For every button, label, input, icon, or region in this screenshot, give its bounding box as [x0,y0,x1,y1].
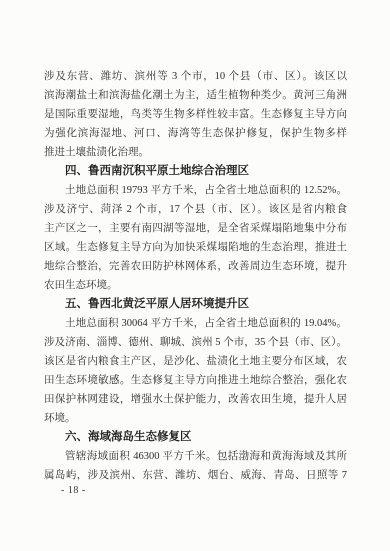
text-line: 地综合整治，完善农田防护林网体系，改善周边生态环境，提升 [44,257,347,276]
text-line: 环境。 [44,409,347,428]
section-heading: 五、鲁西北黄泛平原人居环境提升区 [44,295,347,314]
text-line: 是国际重要湿地，鸟类等生物多样性较丰富。生态修复主导方向 [44,105,347,124]
text-line: 田生态环境敏感。生态修复主导方向推进土地综合整治，强化农 [44,371,347,390]
text-line: 农田生态环境。 [44,276,347,295]
text-line: 涉及东营、潍坊、滨州等 3 个市，10 个县（市、区）。该区以 [44,67,347,86]
text-line: 滨海潮盐土和滨海盐化潮土为主，适生植物种类少。黄河三角洲 [44,86,347,105]
text-line: 田保护林网建设，增强水土保护能力，改善农田生境，提升人居 [44,390,347,409]
document-page: 涉及东营、潍坊、滨州等 3 个市，10 个县（市、区）。该区以滨海潮盐土和滨海盐… [0,0,390,551]
text-line: 土地总面积 19793 平方千米，占全省土地总面积的 12.52%。 [44,181,347,200]
document-content: 涉及东营、潍坊、滨州等 3 个市，10 个县（市、区）。该区以滨海潮盐土和滨海盐… [44,67,347,485]
section-heading: 六、海域海岛生态修复区 [44,428,347,447]
text-line: 该区是省内粮食主产区，是沙化、盐渍化土地主要分布区域，农 [44,352,347,371]
page-number: - 18 - [61,483,86,498]
text-line: 属岛屿，涉及滨州、东营、潍坊、烟台、威海、青岛、日照等 7 [44,466,347,485]
text-line: 土地总面积 30064 平方千米，占全省土地总面积的 19.04%。 [44,314,347,333]
text-line: 涉及济南、淄博、德州、聊城、滨州 5 个市，35 个县（市、区）。 [44,333,347,352]
text-line: 区域。生态修复主导方向为加快采煤塌陷地的生态治理，推进土 [44,238,347,257]
text-line: 推进土壤盐渍化治理。 [44,143,347,162]
text-line: 管辖海域面积 46300 平方千米。包括渤海和黄海海域及其所 [44,447,347,466]
text-line: 为强化滨海湿地、河口、海湾等生态保护修复，保护生物多样性， [44,124,347,143]
text-line: 主产区之一，主要有南四湖等湿地，是全省采煤塌陷地集中分布 [44,219,347,238]
text-line: 涉及济宁、菏泽 2 个市，17 个县（市、区）。该区是省内粮食 [44,200,347,219]
section-heading: 四、鲁西南沉积平原土地综合治理区 [44,162,347,181]
